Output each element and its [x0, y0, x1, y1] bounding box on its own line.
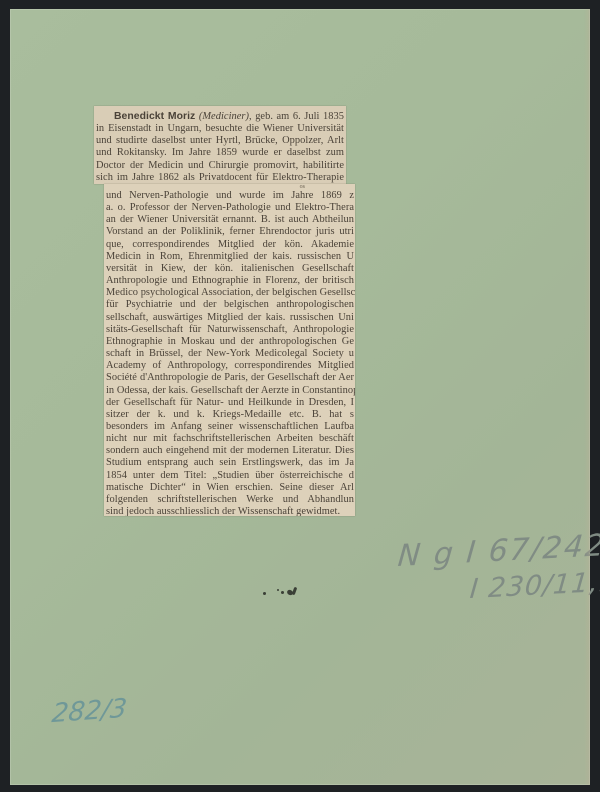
clipping-line: Academy of Anthropology, correspondirend…: [106, 360, 354, 372]
clipping-line: matische Dichter“ in Wien erschien. Sein…: [106, 482, 354, 494]
clipping-line: Doctor der Medicin und Chirurgie promovi…: [96, 160, 344, 172]
clipping-line: que, correspondirendes Mitglied der kön.…: [106, 239, 354, 251]
clipping-line: sellschaft, auswärtiges Mitglied der kai…: [106, 312, 354, 324]
clipping-line: Studium entsprang auch sein Erstlingswer…: [106, 457, 354, 469]
clipping-line: a. o. Professor der Nerven-Pathologie un…: [106, 202, 354, 214]
clipping-line: Medico psychological Association, der be…: [106, 287, 354, 299]
clipping-line: Anthropologie und Ethnographie in Floren…: [106, 275, 354, 287]
catalog-number-annotation: 282/3: [50, 694, 128, 730]
subject-profession: (Mediciner): [199, 111, 249, 122]
clipping-line: und studirte daselbst unter Hyrtl, Brück…: [96, 135, 344, 147]
clipping-line: schaft in Brüssel, der New-York Medicole…: [106, 348, 354, 360]
subject-name: Benedickt Moriz: [114, 111, 195, 122]
clipping-line: für Psychiatrie und der belgischen anthr…: [106, 299, 354, 311]
clipping-line: in Eisenstadt in Ungarn, besuchte die Wi…: [96, 123, 344, 135]
clipping-line: und Rokitansky. Im Jahre 1859 wurde er d…: [96, 147, 344, 159]
clipping-line: sitäts-Gesellschaft für Naturwissenschaf…: [106, 324, 354, 336]
clipping-line: sich im Jahre 1862 als Privatdocent für …: [96, 172, 344, 184]
clipping-line: Société d'Anthropologie de Paris, der Ge…: [106, 372, 354, 384]
clipping-line: folgenden schriftstellerischen Werke und…: [106, 494, 354, 506]
clipping-first-line: Benedickt Moriz (Mediciner), geb. am 6. …: [96, 111, 344, 123]
clipping-line: Medicin in Rom, Ehrenmitglied der kais. …: [106, 251, 354, 263]
clipping-line: Ethnographie in Moskau und der anthropol…: [106, 336, 354, 348]
clipping-line: nicht nur mit fachschriftstellerischen A…: [106, 433, 354, 445]
birth-info: , geb. am 6. Juli 1835: [249, 111, 344, 122]
newspaper-clipping-header: Benedickt Moriz (Mediciner), geb. am 6. …: [94, 106, 346, 184]
pencil-reference-annotation-2: I 230/11,12: [469, 565, 600, 605]
clipping-line: in Odessa, der kais. Gesellschaft der Ae…: [106, 385, 354, 397]
clipping-line: sitzer der k. und k. Kriegs-Medaille etc…: [106, 409, 354, 421]
pencil-reference-annotation: N g I 67/2425: [396, 527, 600, 574]
newspaper-clipping-body: os und Nerven-Pathologie und wurde im Ja…: [104, 184, 355, 516]
clipping-line: und Nerven-Pathologie und wurde im Jahre…: [106, 190, 354, 202]
clipping-line: an der Wiener Universität ernannt. B. is…: [106, 214, 354, 226]
index-card: Benedickt Moriz (Mediciner), geb. am 6. …: [10, 9, 590, 785]
clipping-line: sondern auch eingehend mit der modernen …: [106, 445, 354, 457]
clipping-line: Vorstand an der Poliklinik, ferner Ehren…: [106, 226, 354, 238]
clipping-line: sind jedoch ausschliesslich der Wissensc…: [106, 506, 354, 516]
ink-smudge-marks: [263, 584, 313, 604]
clipping-line: 1854 unter dem Titel: „Studien über öste…: [106, 470, 354, 482]
clipping-line: der Gesellschaft für Natur- und Heilkund…: [106, 397, 354, 409]
clipping-line: besonders im Anfang seiner wissenschaftl…: [106, 421, 354, 433]
clipping-line: versität in Kiew, der kön. italienischen…: [106, 263, 354, 275]
